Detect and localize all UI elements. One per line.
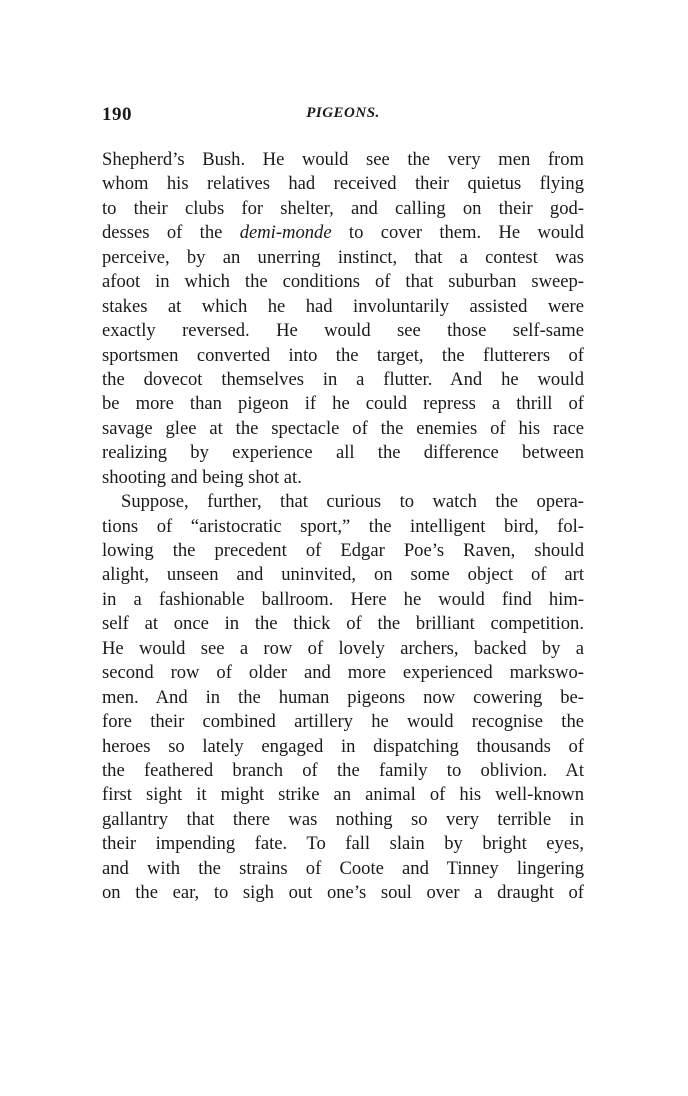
text-line: second row of older and more experienced… (102, 661, 584, 685)
text-line: sportsmen converted into the target, the… (102, 344, 584, 368)
running-title: PIGEONS. (102, 105, 584, 122)
text-line: be more than pigeon if he could repress … (102, 392, 584, 416)
text-line: and with the strains of Coote and Tinney… (102, 857, 584, 881)
paragraph-start-line: Suppose, further, that curious to watch … (102, 490, 584, 514)
text-line: Shepherd’s Bush. He would see the very m… (102, 148, 584, 172)
text-line: men. And in the human pigeons now coweri… (102, 686, 584, 710)
paragraph-end-line: shooting and being shot at. (102, 466, 584, 490)
text-line: the dovecot themselves in a flutter. And… (102, 368, 584, 392)
text-line: heroes so lately engaged in dispatching … (102, 735, 584, 759)
text-line: to their clubs for shelter, and calling … (102, 197, 584, 221)
text-line: He would see a row of lovely archers, ba… (102, 637, 584, 661)
text-line: whom his relatives had received their qu… (102, 172, 584, 196)
text-line: gallantry that there was nothing so very… (102, 808, 584, 832)
text-line: their impending fate. To fall slain by b… (102, 832, 584, 856)
text-line: the feathered branch of the family to ob… (102, 759, 584, 783)
text-segment: to cover them. He would (332, 222, 584, 243)
text-line: exactly reversed. He would see those sel… (102, 319, 584, 343)
body-text: Shepherd’s Bush. He would see the very m… (102, 148, 584, 906)
text-line: on the ear, to sigh out one’s soul over … (102, 881, 584, 905)
running-head: 190 PIGEONS. (102, 104, 584, 128)
text-line: lowing the precedent of Edgar Poe’s Rave… (102, 539, 584, 563)
text-line: stakes at which he had involuntarily ass… (102, 295, 584, 319)
text-line: realizing by experience all the differen… (102, 441, 584, 465)
text-line: in a fashionable ballroom. Here he would… (102, 588, 584, 612)
text-line: perceive, by an unerring instinct, that … (102, 246, 584, 270)
book-page: 190 PIGEONS. Shepherd’s Bush. He would s… (0, 0, 688, 1096)
text-line: self at once in the thick of the brillia… (102, 612, 584, 636)
text-line: first sight it might strike an animal of… (102, 783, 584, 807)
italic-phrase: demi-monde (240, 222, 332, 243)
text-line: fore their combined artillery he would r… (102, 710, 584, 734)
text-line: tions of “aristocratic sport,” the intel… (102, 515, 584, 539)
text-line-with-italic: desses of the demi-monde to cover them. … (102, 221, 584, 245)
text-line: savage glee at the spectacle of the enem… (102, 417, 584, 441)
text-segment: desses of the (102, 222, 240, 243)
text-line: alight, unseen and uninvited, on some ob… (102, 563, 584, 587)
text-line: afoot in which the conditions of that su… (102, 270, 584, 294)
